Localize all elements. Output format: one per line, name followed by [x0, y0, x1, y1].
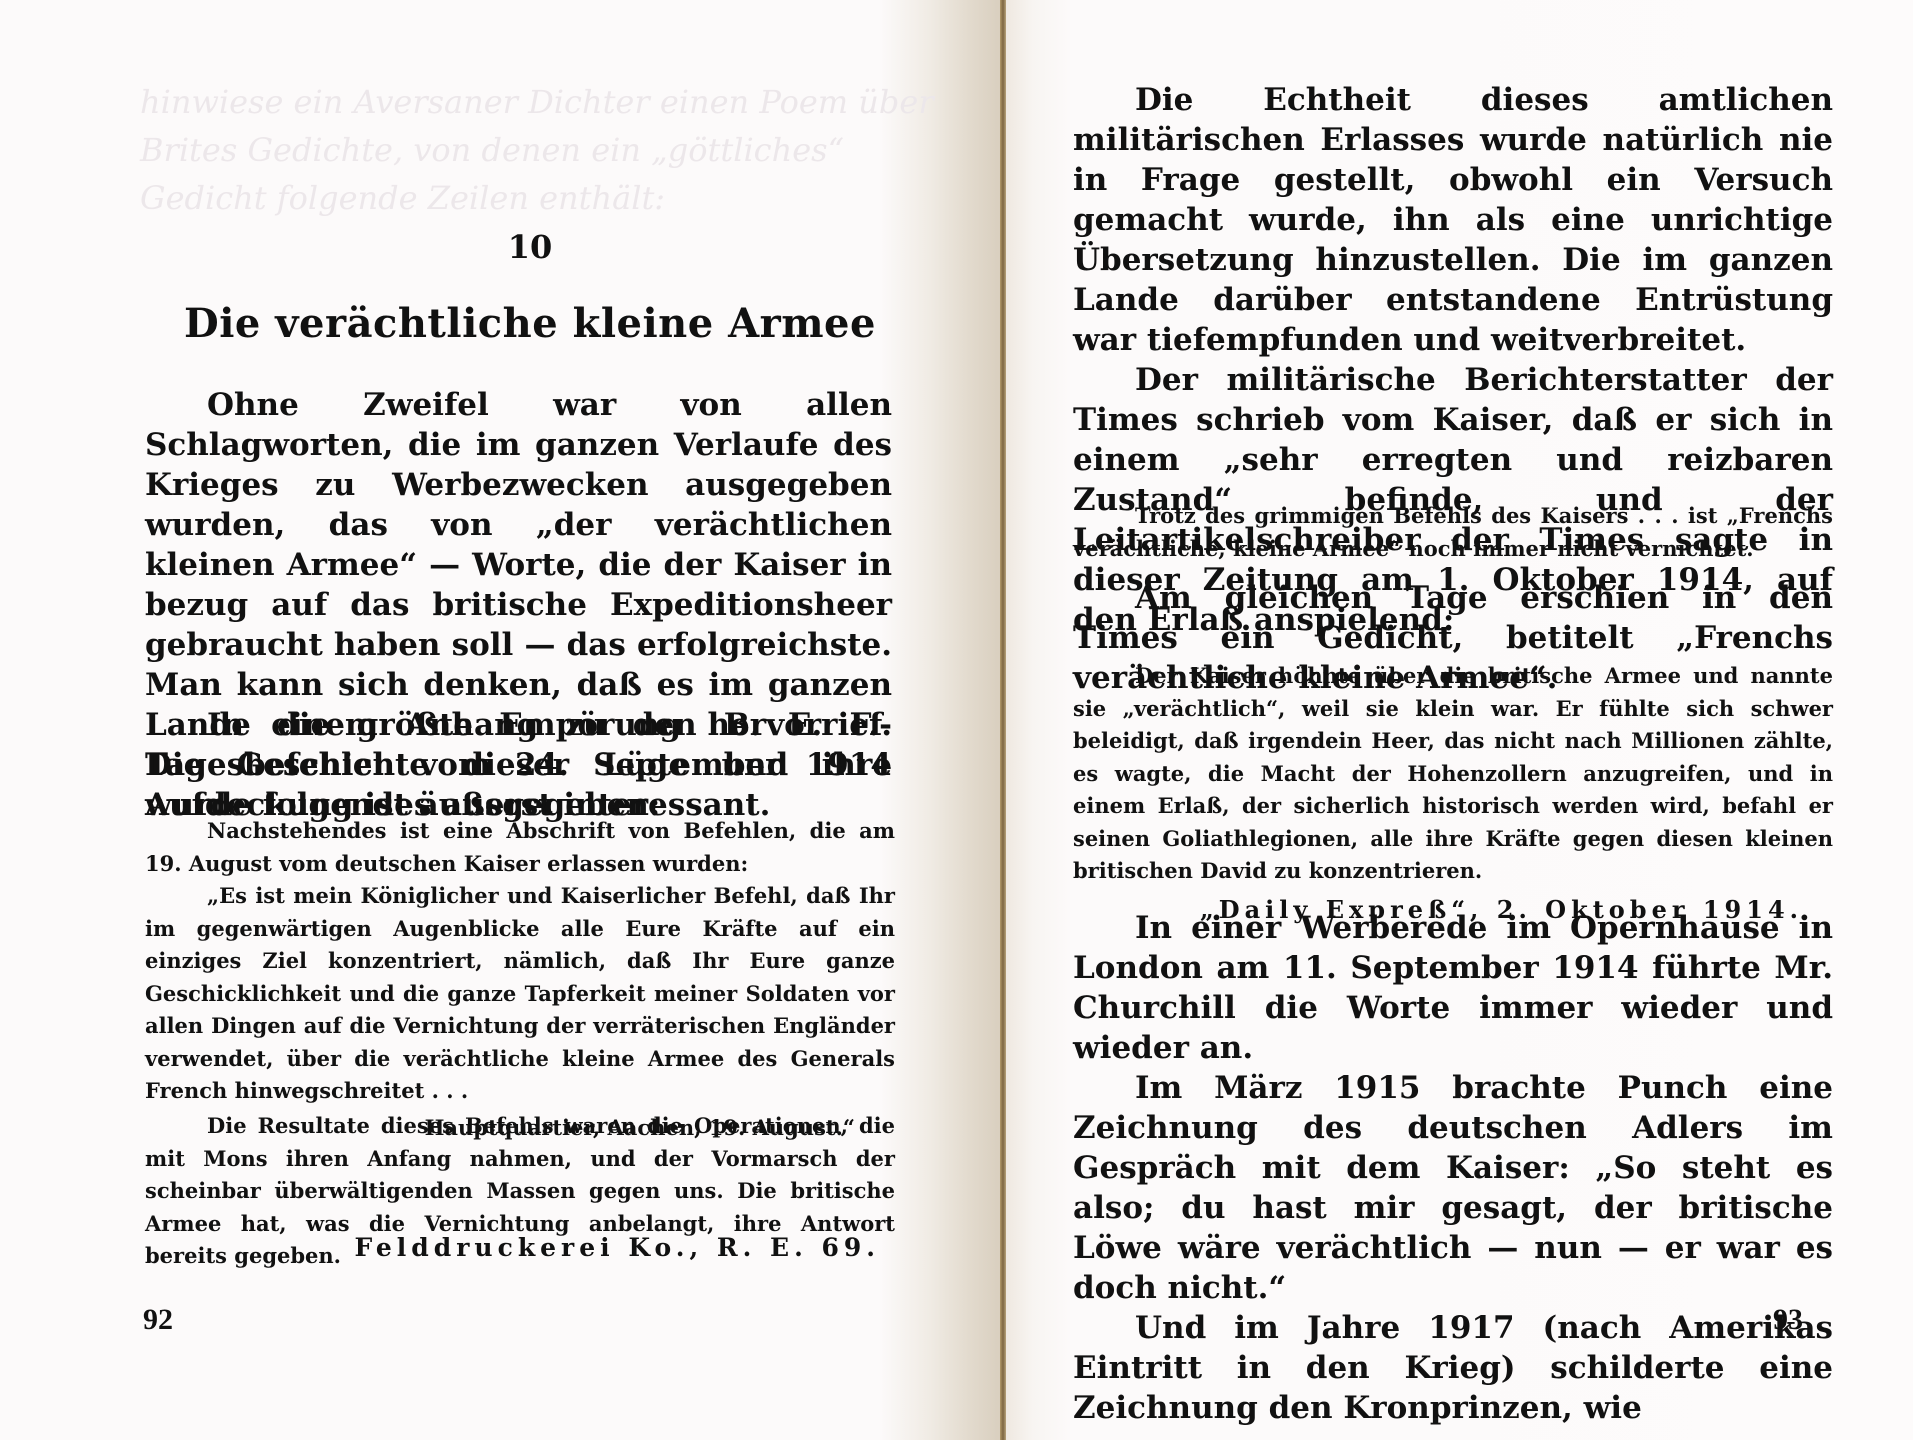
- body-text: In einem Anhang zu den B. E. F.-Tagesbef…: [145, 705, 892, 825]
- left-page: hinwiese ein Aversaner Dichter einen Poe…: [0, 0, 1000, 1440]
- chapter-title: Die verächtliche kleine Armee: [0, 300, 1060, 347]
- order-quote: Nachstehendes ist eine Abschrift von Bef…: [145, 815, 895, 1144]
- paragraph: In einem Anhang zu den B. E. F.-Tagesbef…: [145, 705, 892, 825]
- ghost-line: Brites Gedichte, von denen ein „göttlich…: [140, 126, 934, 174]
- paragraph: Und im Jahre 1917 (nach Amerikas Eintrit…: [1073, 1308, 1833, 1428]
- page-number: 93: [1773, 1303, 1803, 1337]
- quote-text: Der Kaiser höhnte über die britische Arm…: [1073, 660, 1833, 888]
- bleed-through-text: hinwiese ein Aversaner Dichter einen Poe…: [140, 78, 934, 222]
- chapter-number: 10: [0, 228, 1060, 266]
- quote-source: Felddruckerei Ko., R. E. 69.: [145, 1232, 880, 1265]
- ghost-line: Gedicht folgende Zeilen enthält:: [140, 174, 934, 222]
- paragraph: In einer Werberede im Opernhause in Lond…: [1073, 908, 1833, 1068]
- quote-intro: Nachstehendes ist eine Abschrift von Bef…: [145, 815, 895, 880]
- ghost-line: hinwiese ein Aversaner Dichter einen Poe…: [140, 78, 934, 126]
- quote-order: „Es ist mein Königlicher und Kaiserliche…: [145, 880, 895, 1108]
- times-quote: Trotz des grimmigen Befehls des Kaisers …: [1073, 500, 1833, 565]
- quote-text: Trotz des grimmigen Befehls des Kaisers …: [1073, 500, 1833, 565]
- paragraph: Die Echtheit dieses amtlichen militärisc…: [1073, 80, 1833, 360]
- body-text: In einer Werberede im Opernhause in Lond…: [1073, 908, 1833, 1428]
- page-number: 92: [143, 1303, 173, 1337]
- express-quote: Der Kaiser höhnte über die britische Arm…: [1073, 660, 1833, 926]
- paragraph: Im März 1915 brachte Punch eine Zeichnun…: [1073, 1068, 1833, 1308]
